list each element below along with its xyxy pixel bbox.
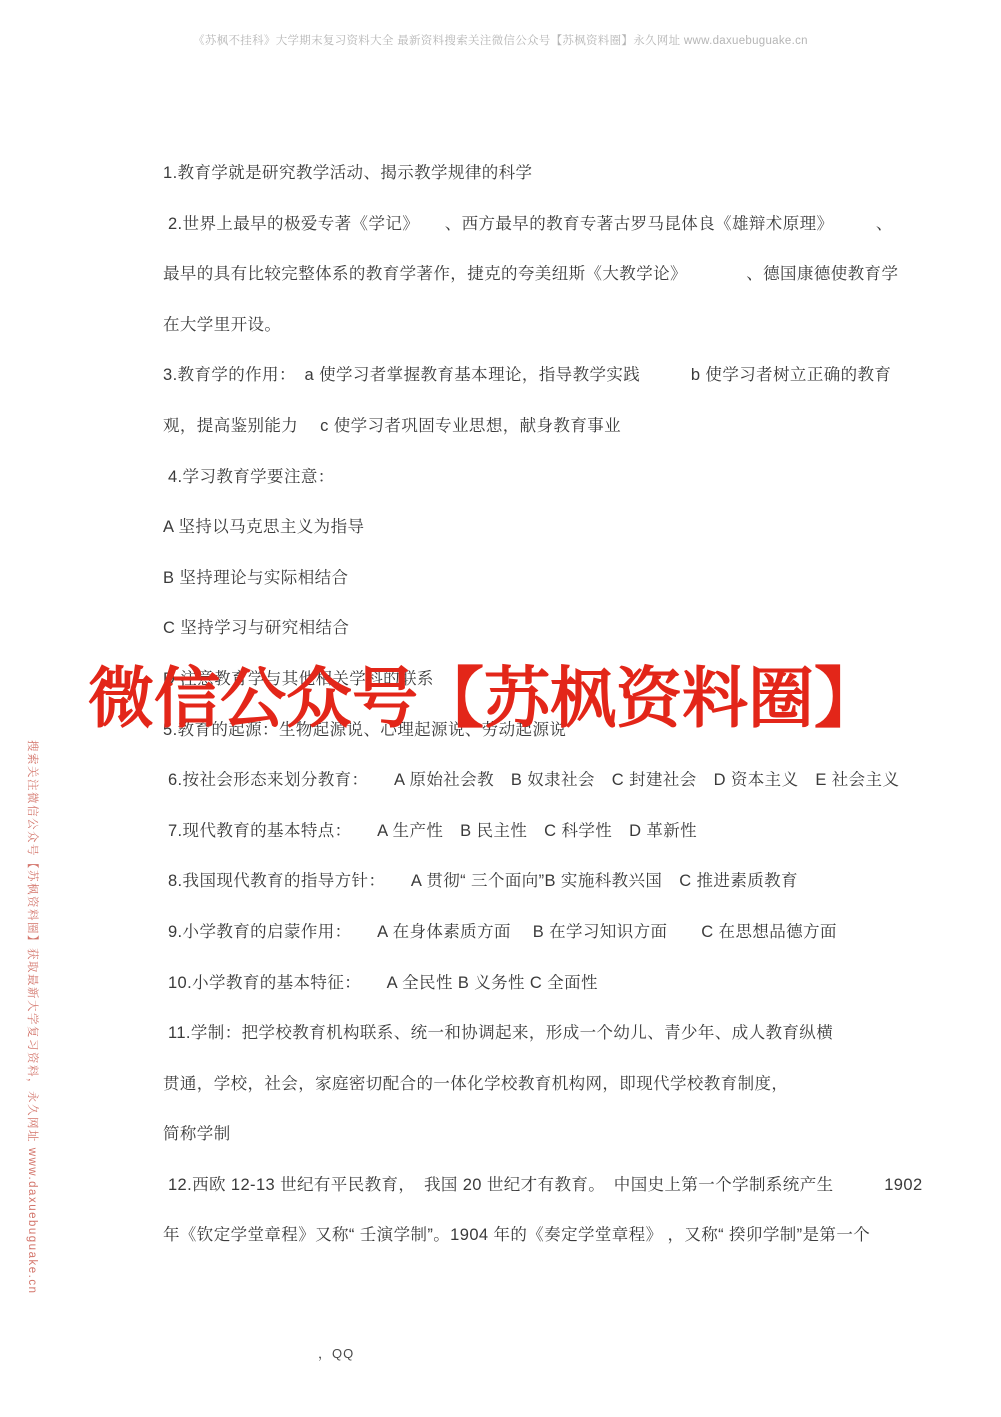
text-line: 简称学制	[163, 1123, 873, 1174]
text-line: A 坚持以马克思主义为指导	[163, 516, 873, 567]
text-line: 4.学习教育学要注意：	[163, 466, 873, 517]
text-line: 6.按社会形态来划分教育： A 原始社会教 B 奴隶社会 C 封建社会 D 资本…	[163, 769, 873, 820]
text-line: 11.学制：把学校教育机构联系、统一和协调起来，形成一个幼儿、青少年、成人教育纵…	[163, 1022, 873, 1073]
text-line: 9.小学教育的启蒙作用： A 在身体素质方面 B 在学习知识方面 C 在思想品德…	[163, 921, 873, 972]
text-line: 10.小学教育的基本特征： A 全民性 B 义务性 C 全面性	[163, 972, 873, 1023]
text-line: B 坚持理论与实际相结合	[163, 567, 873, 618]
side-vertical-watermark: 搜索关注微信公众号【苏枫资料圈】获取最新大学复习资料，永久网址 www.daxu…	[25, 740, 41, 1294]
text-line: 12.西欧 12-13 世纪有平民教育， 我国 20 世纪才有教育。 中国史上第…	[163, 1174, 873, 1225]
document-page: 《苏枫不挂科》大学期末复习资料大全 最新资料搜索关注微信公众号【苏枫资料圈】永久…	[0, 0, 1001, 1417]
text-line: 2.世界上最早的极爱专著《学记》 、西方最早的教育专著古罗马昆体良《雄辩术原理》…	[163, 213, 873, 264]
text-line: 3.教育学的作用： a 使学习者掌握教育基本理论，指导教学实践 b 使学习者树立…	[163, 364, 873, 415]
text-line: 7.现代教育的基本特点： A 生产性 B 民主性 C 科学性 D 革新性	[163, 820, 873, 871]
text-line: 年《钦定学堂章程》又称“ 壬演学制”。1904 年的《奏定学堂章程》 ，又称“ …	[163, 1224, 873, 1275]
text-line: 观，提高鉴别能力 c 使学习者巩固专业思想，献身教育事业	[163, 415, 873, 466]
text-line: 8.我国现代教育的指导方针： A 贯彻“ 三个面向”B 实施科教兴国 C 推进素…	[163, 870, 873, 921]
red-watermark-text: 微信公众号【苏枫资料圈】	[88, 652, 878, 748]
text-line: 在大学里开设。	[163, 314, 873, 365]
text-line: 最早的具有比较完整体系的教育学著作，捷克的夸美纽斯《大教学论》 、德国康德使教育…	[163, 263, 873, 314]
text-line: 1.教育学就是研究教学活动、揭示教学规律的科学	[163, 162, 873, 213]
page-header-note: 《苏枫不挂科》大学期末复习资料大全 最新资料搜索关注微信公众号【苏枫资料圈】永久…	[0, 32, 1001, 48]
page-footer-note: ，QQ	[318, 1343, 354, 1362]
text-line: 贯通，学校，社会，家庭密切配合的一体化学校教育机构网，即现代学校教育制度，	[163, 1073, 873, 1124]
